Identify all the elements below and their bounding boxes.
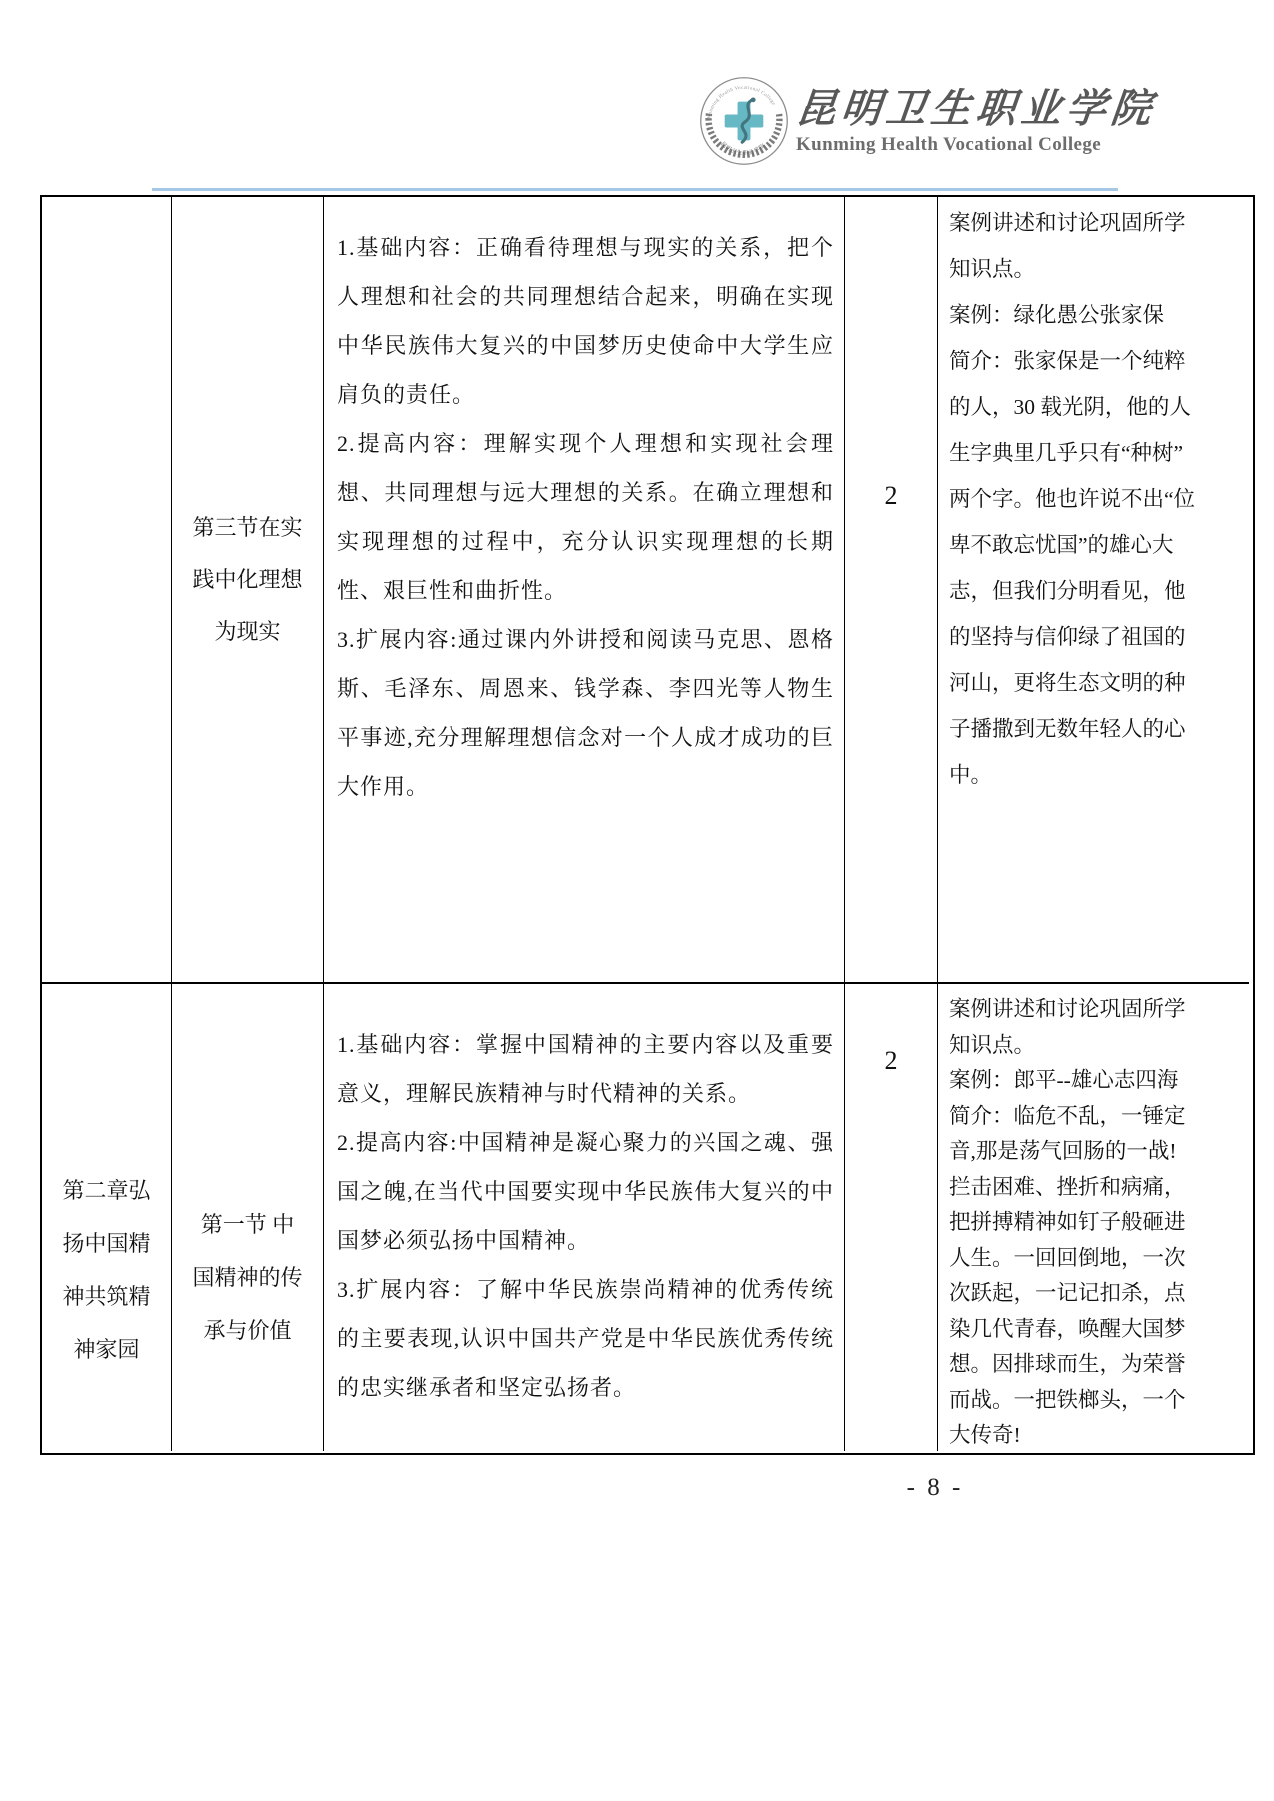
cell-chapter-row1 (42, 197, 172, 984)
cell-chapter-row2: 第二章弘 扬中国精 神共筑精 神家园 (42, 984, 172, 1451)
cell-section-row2: 第一节 中 国精神的传 承与价值 (172, 984, 324, 1451)
content-paragraph: 2.提高内容：理解实现个人理想和实现社会理想、共同理想与远大理想的关系。在确立理… (337, 419, 834, 615)
document-page: Kunming Health Vocational College 昆明卫生职业… (0, 0, 1274, 1801)
cell-method-row1: 案例讲述和讨论巩固所学 知识点。 案例：绿化愚公张家保 简介：张家保是一个纯粹 … (938, 197, 1249, 984)
page-header: Kunming Health Vocational College 昆明卫生职业… (698, 75, 1156, 167)
page-number: - 8 - (893, 1474, 977, 1502)
cell-hours-row2: 2 (845, 984, 938, 1451)
cell-content-row2: 1.基础内容：掌握中国精神的主要内容以及重要意义，理解民族精神与时代精神的关系。… (324, 984, 845, 1451)
content-paragraph: 2.提高内容:中国精神是凝心聚力的兴国之魂、强国之魄,在当代中国要实现中华民族伟… (337, 1118, 834, 1265)
college-brand: 昆明卫生职业学院 Kunming Health Vocational Colle… (796, 87, 1156, 156)
syllabus-table: 第三节在实 践中化理想 为现实 1.基础内容：正确看待理想与现实的关系，把个人理… (40, 195, 1255, 1455)
dragon-head-icon (751, 97, 756, 102)
content-paragraph: 1.基础内容：正确看待理想与现实的关系，把个人理想和社会的共同理想结合起来，明确… (337, 223, 834, 419)
college-name-chinese: 昆明卫生职业学院 (794, 87, 1159, 131)
content-paragraph: 1.基础内容：掌握中国精神的主要内容以及重要意义，理解民族精神与时代精神的关系。 (337, 1020, 834, 1118)
header-divider-line (152, 188, 1118, 191)
cell-method-row2: 案例讲述和讨论巩固所学 知识点。 案例：郎平--雄心志四海 简介：临危不乱，一锤… (938, 984, 1249, 1451)
cell-content-row1: 1.基础内容：正确看待理想与现实的关系，把个人理想和社会的共同理想结合起来，明确… (324, 197, 845, 984)
content-paragraph: 3.扩展内容：了解中华民族崇尚精神的优秀传统的主要表现,认识中国共产党是中华民族… (337, 1265, 834, 1412)
college-name-english: Kunming Health Vocational College (796, 134, 1156, 156)
college-seal-logo: Kunming Health Vocational College 昆明卫生职业… (698, 75, 790, 167)
content-paragraph: 3.扩展内容:通过课内外讲授和阅读马克思、恩格斯、毛泽东、周恩来、钱学森、李四光… (337, 615, 834, 811)
cell-hours-row1: 2 (845, 197, 938, 984)
cell-section-row1: 第三节在实 践中化理想 为现实 (172, 197, 324, 984)
